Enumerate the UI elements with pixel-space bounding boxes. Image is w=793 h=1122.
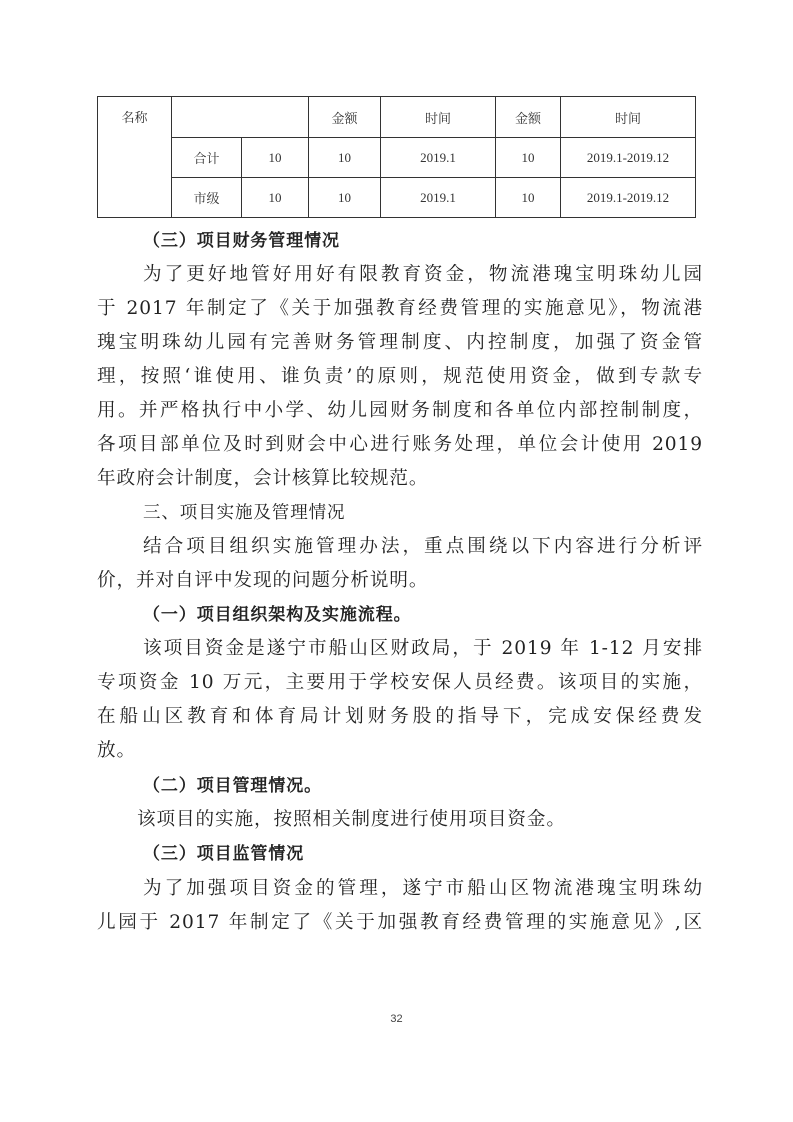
paragraph-line: 瑰宝明珠幼儿园有完善财务管理制度、内控制度，加强了资金管 xyxy=(97,326,703,360)
blank-header xyxy=(172,97,309,138)
paragraph-line: 各项目部单位及时到财会中心进行账务处理，单位会计使用 2019 xyxy=(97,428,703,462)
heading-org-structure: （一）项目组织架构及实施流程。 xyxy=(97,598,703,632)
paragraph-line: 用。并严格执行中小学、幼儿园财务制度和各单位内部控制制度， xyxy=(97,394,703,428)
paragraph-line: 理，按照‘谁使用、谁负责’的原则，规范使用资金，做到专款专 xyxy=(97,360,703,394)
row-time-1: 2019.1 xyxy=(381,138,496,178)
funding-table: 名称 金额 时间 金额 时间 合计 10 10 2019.1 10 2019.1… xyxy=(97,96,696,218)
paragraph-line: 儿园于 2017 年制定了《关于加强教育经费管理的实施意见》,区 xyxy=(97,906,703,940)
row-label: 市级 xyxy=(172,178,242,218)
amount-header-1: 金额 xyxy=(309,97,381,138)
paragraph-line: 结合项目组织实施管理办法，重点围绕以下内容进行分析评 xyxy=(97,530,703,564)
heading-supervision: （三）项目监管情况 xyxy=(97,837,703,871)
heading-project-management: （二）项目管理情况。 xyxy=(97,769,703,803)
row-amount-1: 10 xyxy=(309,138,381,178)
row-amount-2: 10 xyxy=(496,178,561,218)
time-header-2: 时间 xyxy=(561,97,696,138)
row-amount-1: 10 xyxy=(309,178,381,218)
paragraph-line: 价，并对自评中发现的问题分析说明。 xyxy=(97,564,703,598)
row-value: 10 xyxy=(242,178,309,218)
table-row: 合计 10 10 2019.1 10 2019.1-2019.12 xyxy=(98,138,696,178)
amount-header-2: 金额 xyxy=(496,97,561,138)
heading-section-3: 三、项目实施及管理情况 xyxy=(97,496,703,530)
heading-finance-management: （三）项目财务管理情况 xyxy=(97,224,703,258)
paragraph-line: 该项目资金是遂宁市船山区财政局，于 2019 年 1-12 月安排 xyxy=(97,632,703,666)
paragraph-line: 于 2017 年制定了《关于加强教育经费管理的实施意见》，物流港 xyxy=(97,292,703,326)
row-label: 合计 xyxy=(172,138,242,178)
time-header-1: 时间 xyxy=(381,97,496,138)
paragraph-line: 该项目的实施，按照相关制度进行使用项目资金。 xyxy=(97,803,743,837)
row-time-2: 2019.1-2019.12 xyxy=(561,138,696,178)
page-number: 32 xyxy=(0,1013,793,1025)
table-row: 市级 10 10 2019.1 10 2019.1-2019.12 xyxy=(98,178,696,218)
row-amount-2: 10 xyxy=(496,138,561,178)
paragraph-line: 专项资金 10 万元，主要用于学校安保人员经费。该项目的实施， xyxy=(97,666,703,700)
paragraph-line: 在船山区教育和体育局计划财务股的指导下，完成安保经费发 xyxy=(97,700,703,734)
name-header: 名称 xyxy=(98,97,172,218)
row-value: 10 xyxy=(242,138,309,178)
paragraph-line: 为了更好地管好用好有限教育资金，物流港瑰宝明珠幼儿园 xyxy=(97,258,703,292)
paragraph-line: 为了加强项目资金的管理，遂宁市船山区物流港瑰宝明珠幼 xyxy=(97,872,703,906)
row-time-2: 2019.1-2019.12 xyxy=(561,178,696,218)
row-time-1: 2019.1 xyxy=(381,178,496,218)
paragraph-line: 放。 xyxy=(97,734,703,768)
paragraph-line: 年政府会计制度，会计核算比较规范。 xyxy=(97,462,703,496)
table-header-row: 名称 金额 时间 金额 时间 xyxy=(98,97,696,138)
